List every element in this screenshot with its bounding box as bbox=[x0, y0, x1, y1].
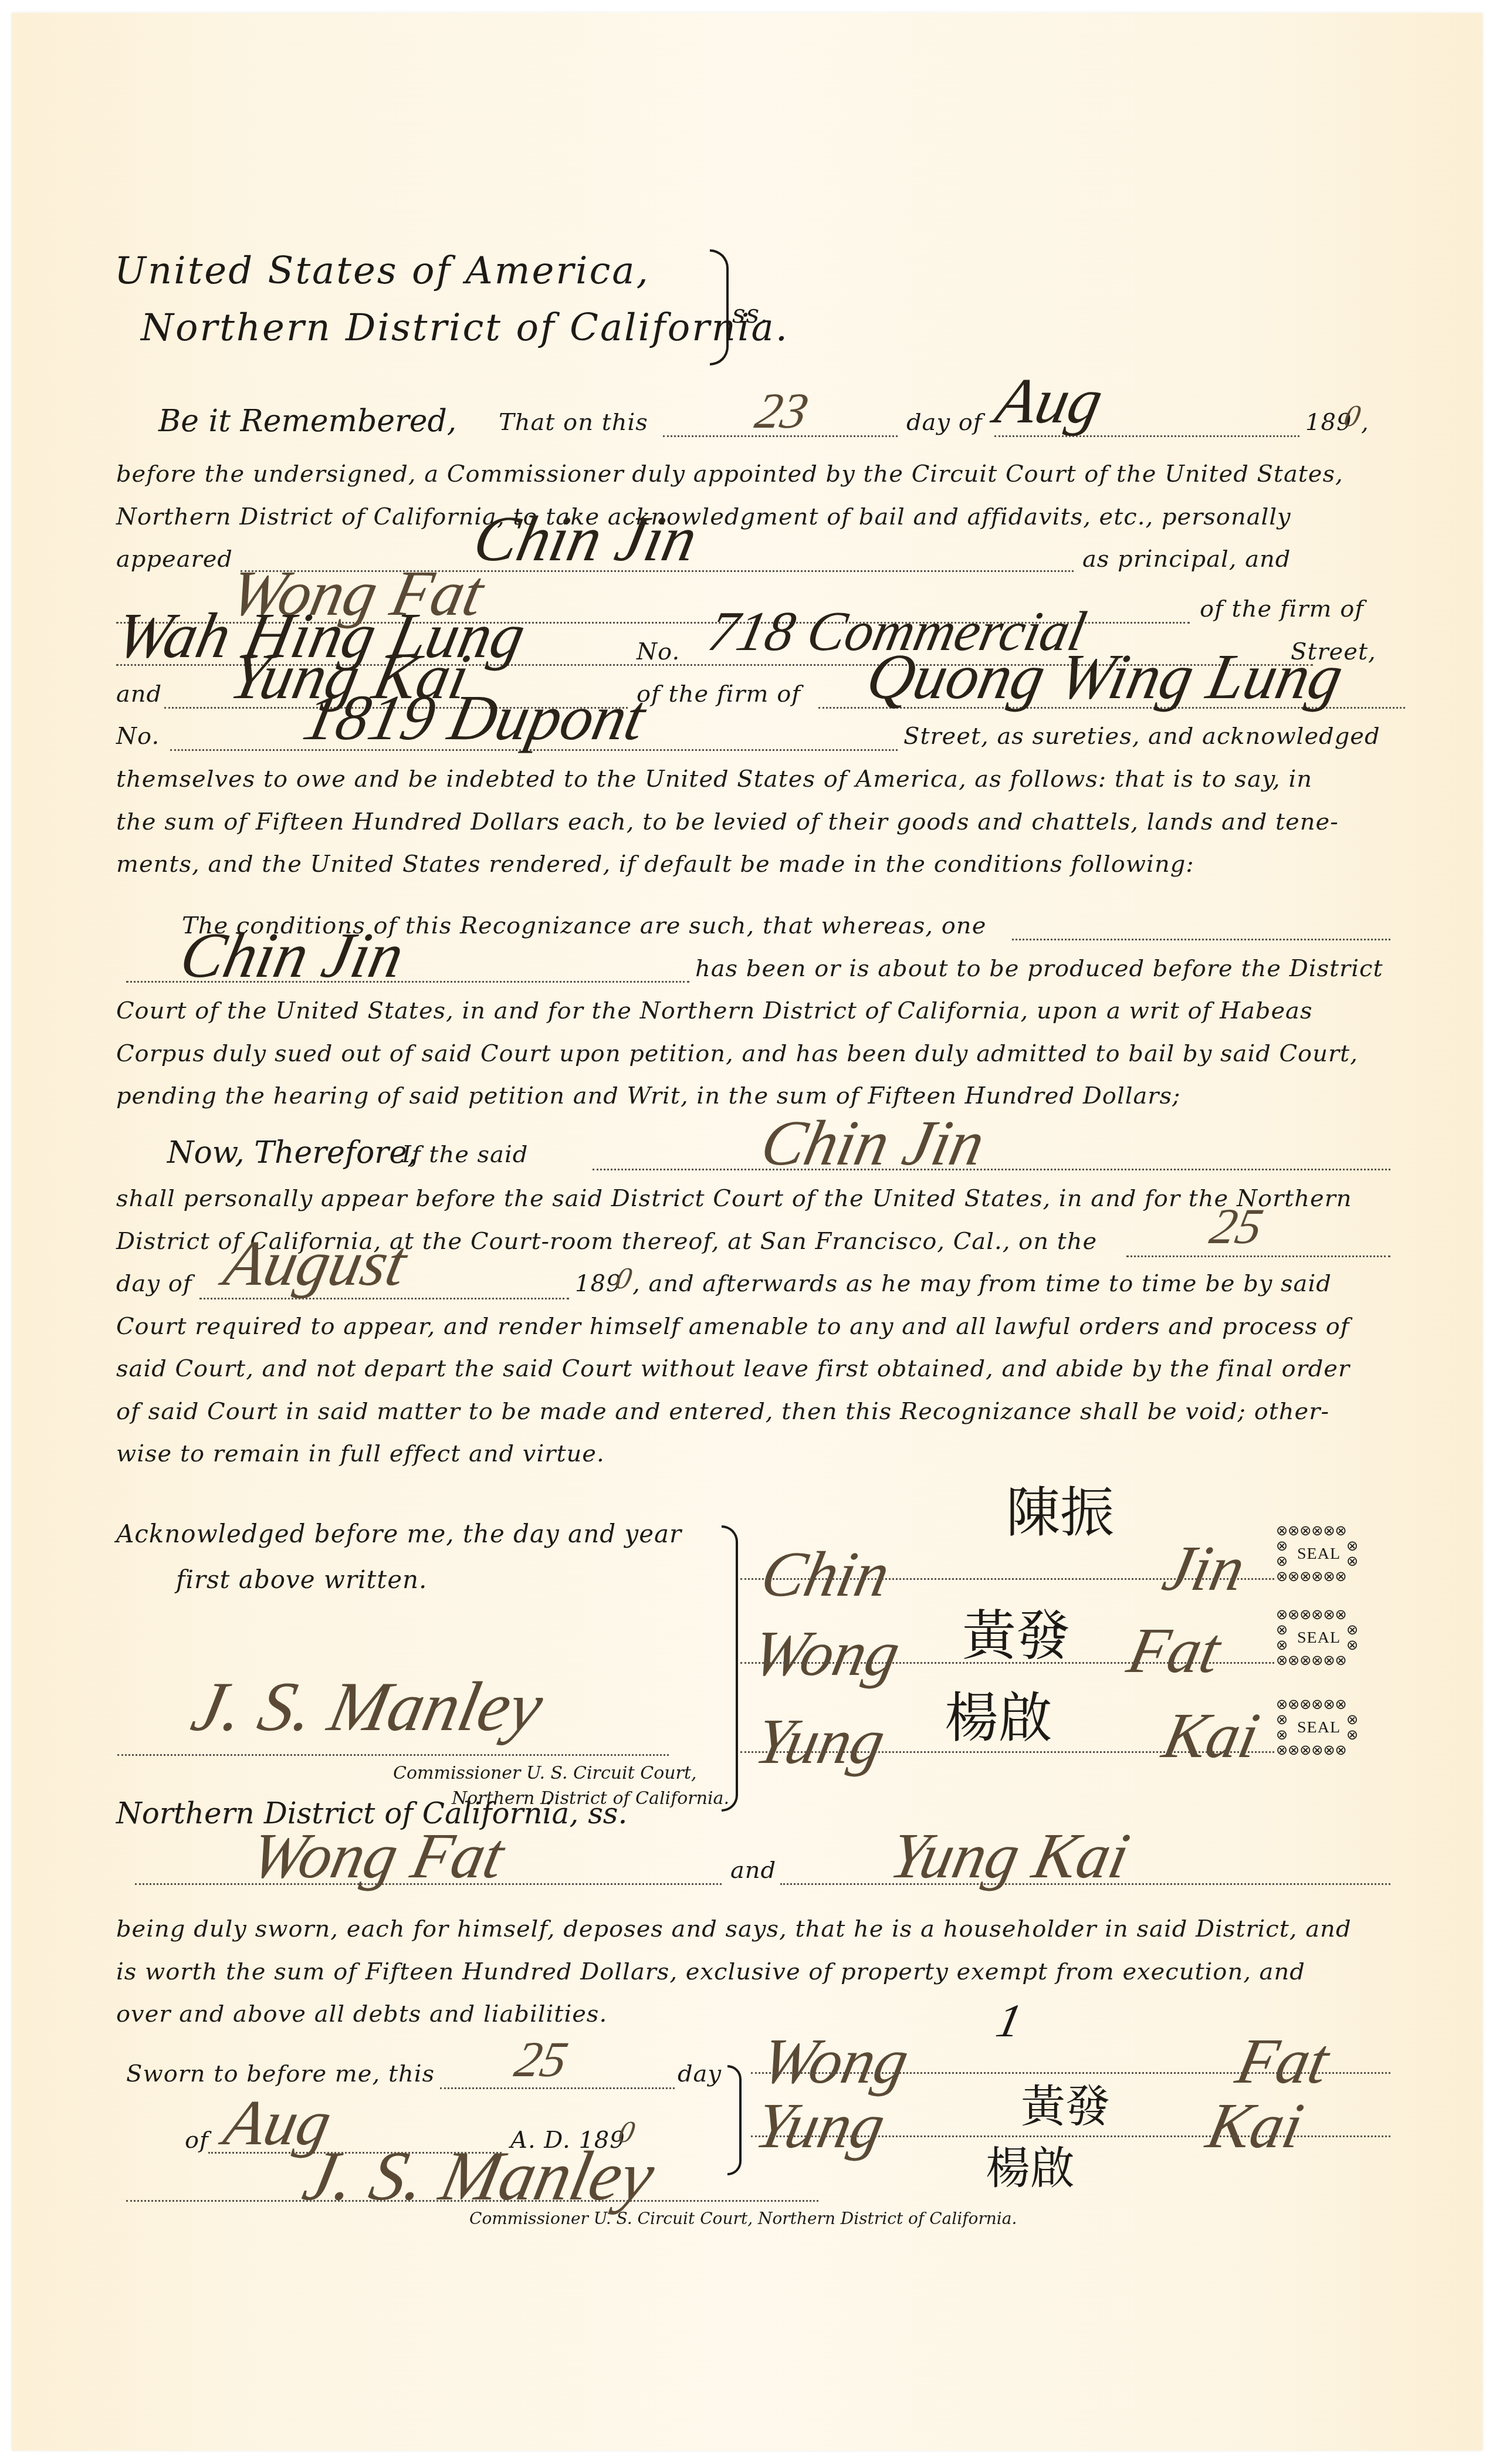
year-comma: , bbox=[1361, 409, 1369, 436]
recognizance-sum: the sum of Fifteen Hundred Dollars each,… bbox=[116, 808, 1339, 835]
therefore-name-line bbox=[593, 1169, 1390, 1170]
conditions-line3: Court of the United States, in and for t… bbox=[116, 997, 1312, 1024]
seal-label: SEAL bbox=[1294, 1629, 1344, 1647]
seal-border-icon: ⊗ bbox=[1276, 1554, 1288, 1568]
seal-border-icon: ⊗ bbox=[1346, 1728, 1358, 1742]
recognizance-ments: ments, and the United States rendered, i… bbox=[116, 851, 1194, 878]
therefore-name: Chin Jin bbox=[755, 1106, 991, 1180]
as-principal-label: as principal, and bbox=[1082, 546, 1291, 573]
day-of-label-2: day of bbox=[116, 1270, 192, 1297]
surety2-firm: Quong Wing Lung bbox=[861, 639, 1350, 714]
affidavit-sign1-first: Wong bbox=[755, 2024, 916, 2099]
that-on-this: That on this bbox=[499, 409, 648, 436]
affidavit-commissioner-title: Commissioner U. S. Circuit Court, Northe… bbox=[469, 2209, 1017, 2228]
ack-line1: Acknowledged before me, the day and year bbox=[116, 1519, 682, 1548]
signatory1-last: Jin bbox=[1157, 1531, 1251, 1606]
seal-border-icon: ⊗ bbox=[1346, 1539, 1358, 1553]
therefore-line7: of said Court in said matter to be made … bbox=[116, 1398, 1329, 1425]
sworn-label: Sworn to before me, this bbox=[126, 2060, 435, 2087]
recognizance-themselves: themselves to owe and be indebted to the… bbox=[116, 766, 1312, 793]
ack-brace bbox=[722, 1525, 738, 1812]
seal-border-icon: ⊗ bbox=[1346, 1712, 1358, 1727]
seal-border-icon: ⊗⊗⊗⊗⊗⊗ bbox=[1276, 1607, 1347, 1622]
header-line2: Northern District of California. bbox=[141, 306, 789, 350]
header-ss: ss. bbox=[732, 299, 769, 329]
sworn-day-label: day bbox=[678, 2060, 722, 2087]
signatory3-chinese: 楊啟 bbox=[945, 1675, 1052, 1752]
seal-border-icon: ⊗ bbox=[1276, 1728, 1288, 1742]
appear-day-line bbox=[1126, 1255, 1390, 1257]
recognizance-line2: before the undersigned, a Commissioner d… bbox=[116, 461, 1343, 488]
signatory2-chinese: 黃發 bbox=[962, 1593, 1070, 1670]
affidavit-line1: being duly sworn, each for himself, depo… bbox=[116, 1915, 1352, 1942]
lead-be-it-remembered: Be it Remembered, bbox=[158, 404, 456, 439]
conditions-line4: Corpus duly sued out of said Court upon … bbox=[116, 1040, 1358, 1067]
therefore-line4-rest: , and afterwards as he may from time to … bbox=[632, 1270, 1332, 1297]
seal-2: ⊗⊗⊗⊗⊗⊗ ⊗ ⊗ ⊗ ⊗ ⊗⊗⊗⊗⊗⊗ SEAL bbox=[1276, 1607, 1362, 1667]
conditions-name: Chin Jin bbox=[174, 918, 411, 993]
appeared-label: appeared bbox=[116, 546, 233, 573]
seal-border-icon: ⊗⊗⊗⊗⊗⊗ bbox=[1276, 1697, 1347, 1711]
seal-label: SEAL bbox=[1294, 1545, 1344, 1563]
affidavit-line2: is worth the sum of Fifteen Hundred Doll… bbox=[116, 1958, 1305, 1985]
principal-name: Chin Jin bbox=[468, 502, 704, 576]
seal-border-icon: ⊗ bbox=[1276, 1638, 1288, 1652]
signatory2-first: Wong bbox=[746, 1616, 907, 1691]
sworn-brace bbox=[727, 2065, 742, 2175]
therefore-line2: shall personally appear before the said … bbox=[116, 1185, 1352, 1212]
of-the-firm-label-2: of the firm of bbox=[637, 681, 801, 708]
affidavit-line3: over and above all debts and liabilities… bbox=[116, 2001, 607, 2028]
conditions-line5: pending the hearing of said petition and… bbox=[116, 1082, 1180, 1109]
seal-border-icon: ⊗⊗⊗⊗⊗⊗ bbox=[1276, 1743, 1347, 1757]
of-the-firm-label: of the firm of bbox=[1200, 595, 1364, 622]
ack-signature-line bbox=[117, 1754, 669, 1756]
ack-commissioner-signature: J. S. Manley bbox=[185, 1666, 550, 1747]
affidavit-sign1-last: Fat bbox=[1230, 2024, 1336, 2099]
affidavit-sign1-chinese: 黃發 bbox=[1021, 2071, 1110, 2135]
signatory1-first: Chin bbox=[755, 1537, 896, 1612]
signatory2-last: Fat bbox=[1122, 1613, 1227, 1688]
month-field-value: Aug bbox=[990, 364, 1109, 438]
seal-border-icon: ⊗ bbox=[1276, 1623, 1288, 1637]
header-brace bbox=[710, 249, 729, 365]
seal-border-icon: ⊗ bbox=[1346, 1638, 1358, 1652]
and-label-1: and bbox=[116, 681, 162, 708]
affidavit-surety1: Wong Fat bbox=[245, 1819, 511, 1893]
sworn-of-label: of bbox=[185, 2127, 209, 2154]
seal-border-icon: ⊗ bbox=[1276, 1712, 1288, 1727]
ack-commissioner-title1: Commissioner U. S. Circuit Court, bbox=[393, 1763, 697, 1783]
appear-month-value: August bbox=[218, 1226, 414, 1301]
affidavit-sign2-first: Yung bbox=[749, 2089, 892, 2163]
recognizance-line3: Northern District of California, to take… bbox=[116, 503, 1291, 530]
day-of-label: day of bbox=[906, 409, 983, 436]
affidavit-and-label: and bbox=[730, 1857, 776, 1884]
header-line1: United States of America, bbox=[114, 249, 650, 293]
seal-border-icon: ⊗ bbox=[1346, 1554, 1358, 1568]
affidavit-surety2: Yung Kai bbox=[884, 1819, 1136, 1893]
affidavit-commissioner-signature: J. S. Manley bbox=[296, 2135, 661, 2216]
signatory1-line bbox=[740, 1578, 1274, 1580]
affidavit-sign2-chinese: 楊啟 bbox=[986, 2133, 1075, 2196]
no-label-2: No. bbox=[116, 723, 160, 750]
affidavit-sign2-last: Kai bbox=[1201, 2089, 1310, 2163]
seal-label: SEAL bbox=[1294, 1718, 1344, 1737]
conditions-line2-rest: has been or is about to be produced befo… bbox=[695, 955, 1383, 982]
signatory3-line bbox=[740, 1751, 1274, 1753]
if-the-said-label: If the said bbox=[402, 1141, 528, 1168]
conditions-name-line-top bbox=[1012, 939, 1390, 940]
street-sureties-label: Street, as sureties, and acknowledged bbox=[903, 723, 1380, 750]
therefore-line8: wise to remain in full effect and virtue… bbox=[116, 1440, 605, 1467]
therefore-line5: Court required to appear, and render him… bbox=[116, 1313, 1350, 1340]
ack-line2: first above written. bbox=[176, 1565, 427, 1594]
therefore-lead: Now, Therefore, bbox=[167, 1135, 417, 1170]
signatory1-chinese: 陳振 bbox=[1006, 1470, 1114, 1547]
seal-border-icon: ⊗ bbox=[1346, 1623, 1358, 1637]
seal-border-icon: ⊗⊗⊗⊗⊗⊗ bbox=[1276, 1653, 1347, 1667]
signatory2-line bbox=[740, 1662, 1274, 1664]
seal-border-icon: ⊗ bbox=[1276, 1539, 1288, 1553]
signatory3-first: Yung bbox=[749, 1704, 892, 1779]
no-label-1: No. bbox=[637, 638, 680, 665]
seal-border-icon: ⊗⊗⊗⊗⊗⊗ bbox=[1276, 1569, 1347, 1583]
therefore-line6: said Court, and not depart the said Cour… bbox=[116, 1355, 1350, 1382]
surety2-address: 1819 Dupont bbox=[297, 681, 652, 755]
seal-3: ⊗⊗⊗⊗⊗⊗ ⊗ ⊗ ⊗ ⊗ ⊗⊗⊗⊗⊗⊗ SEAL bbox=[1276, 1697, 1362, 1757]
signatory3-last: Kai bbox=[1157, 1698, 1266, 1773]
seal-1: ⊗⊗⊗⊗⊗⊗ ⊗ ⊗ ⊗ ⊗ ⊗⊗⊗⊗⊗⊗ SEAL bbox=[1276, 1524, 1362, 1583]
seal-border-icon: ⊗⊗⊗⊗⊗⊗ bbox=[1276, 1524, 1347, 1538]
